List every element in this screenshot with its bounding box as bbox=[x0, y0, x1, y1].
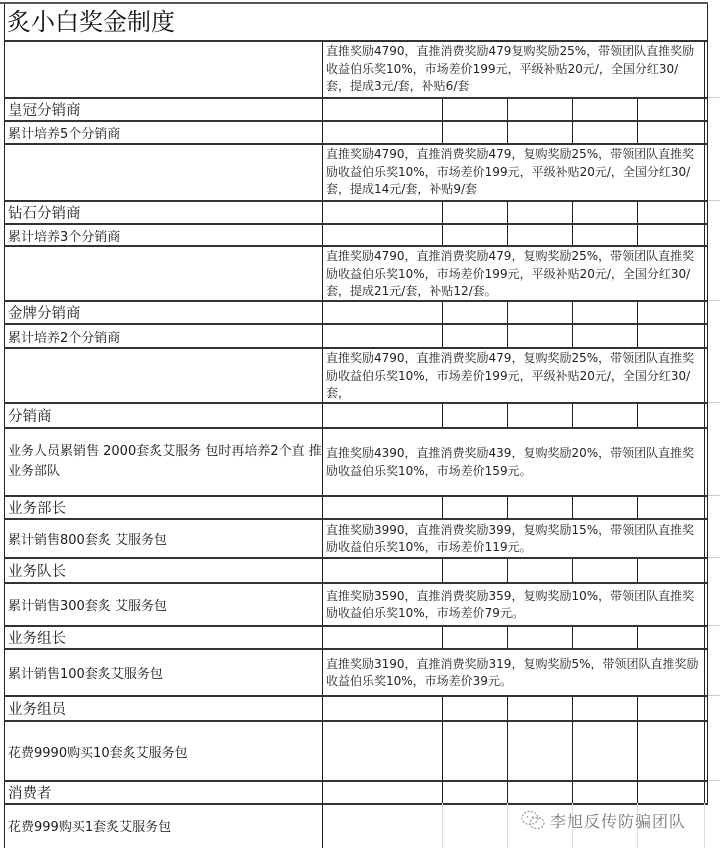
empty-cell[interactable] bbox=[322, 697, 442, 720]
requirement-cell[interactable]: 累计销售300套炙 艾服务包 bbox=[4, 584, 322, 625]
empty-cell[interactable] bbox=[322, 202, 442, 223]
empty-cell[interactable] bbox=[637, 404, 704, 427]
empty-cell[interactable] bbox=[637, 497, 704, 518]
empty-cell[interactable] bbox=[637, 559, 704, 582]
level-name-cell[interactable]: 分销商 bbox=[4, 404, 322, 427]
empty-cell[interactable] bbox=[572, 325, 637, 347]
table-row-level-name: 分销商 bbox=[4, 402, 708, 427]
right-border bbox=[704, 404, 708, 427]
table-row-requirement: 花费9990购买10套炙艾服务包 bbox=[4, 720, 708, 780]
ghost-gridline bbox=[708, 780, 720, 781]
empty-cell[interactable] bbox=[572, 722, 637, 780]
empty-cell[interactable] bbox=[572, 782, 637, 803]
level-name-cell[interactable]: 皇冠分销商 bbox=[4, 99, 322, 120]
empty-cell[interactable] bbox=[442, 782, 507, 803]
empty-cell[interactable] bbox=[637, 627, 704, 648]
table-row-intro: 直推奖励4790，直推消费奖励479复购奖励25%，带领团队直推奖励收益伯乐奖1… bbox=[4, 40, 708, 97]
table-row-requirement: 累计培养2个分销商 bbox=[4, 323, 708, 347]
ghost-gridline bbox=[708, 300, 720, 301]
empty-cell[interactable] bbox=[572, 404, 637, 427]
table-row-level-name: 业务部长 bbox=[4, 495, 708, 518]
empty-cell[interactable] bbox=[4, 349, 322, 402]
right-border bbox=[704, 247, 708, 300]
empty-cell[interactable] bbox=[637, 99, 704, 120]
level-name-cell[interactable]: 金牌分销商 bbox=[4, 302, 322, 323]
table-row-reward: 直推奖励4790，直推消费奖励479，复购奖励25%，带领团队直推奖励收益伯乐奖… bbox=[4, 347, 708, 402]
empty-cell[interactable] bbox=[507, 325, 572, 347]
empty-cell[interactable] bbox=[442, 559, 507, 582]
right-border bbox=[704, 559, 708, 582]
empty-cell[interactable] bbox=[572, 99, 637, 120]
table-row-requirement-reward: 累计销售300套炙 艾服务包 直推奖励3590，直推消费奖励359，复购奖励10… bbox=[4, 582, 708, 625]
table-row-level-name: 业务组员 bbox=[4, 695, 708, 720]
ghost-gridline bbox=[708, 97, 720, 98]
right-border bbox=[704, 225, 708, 245]
table-row-requirement: 累计培养5个分销商 bbox=[4, 120, 708, 143]
empty-cell[interactable] bbox=[572, 202, 637, 223]
empty-cell[interactable] bbox=[322, 99, 442, 120]
table-row-requirement-reward: 累计销售800套炙 艾服务包 直推奖励3990，直推消费奖励399，复购奖励15… bbox=[4, 518, 708, 557]
requirement-cell[interactable]: 累计培养5个分销商 bbox=[4, 122, 322, 143]
empty-cell[interactable] bbox=[322, 627, 442, 648]
empty-cell[interactable] bbox=[442, 202, 507, 223]
right-border bbox=[704, 325, 708, 347]
empty-cell[interactable] bbox=[322, 404, 442, 427]
requirement-cell[interactable]: 累计培养2个分销商 bbox=[4, 325, 322, 347]
right-border bbox=[704, 99, 708, 120]
empty-cell[interactable] bbox=[507, 497, 572, 518]
table-row-level-name: 业务队长 bbox=[4, 557, 708, 582]
empty-cell[interactable] bbox=[322, 559, 442, 582]
table-row-level-name: 业务组长 bbox=[4, 625, 708, 648]
reward-cell[interactable]: 直推奖励4390，直推消费奖励439，复购奖励20%，带领团队直推奖励收益伯乐奖… bbox=[322, 429, 704, 495]
empty-cell[interactable] bbox=[637, 697, 704, 720]
reward-cell[interactable]: 直推奖励4790，直推消费奖励479，复购奖励25%，带领团队直推奖励收益伯乐奖… bbox=[322, 247, 704, 300]
level-name-cell[interactable]: 业务组长 bbox=[4, 627, 322, 648]
table-row-level-name: 消费者 bbox=[4, 780, 708, 803]
level-name-cell[interactable]: 业务组员 bbox=[4, 697, 322, 720]
empty-cell[interactable] bbox=[507, 122, 572, 143]
right-border bbox=[704, 42, 708, 97]
empty-cell[interactable] bbox=[637, 302, 704, 323]
empty-cell[interactable] bbox=[507, 404, 572, 427]
empty-cell[interactable] bbox=[637, 122, 704, 143]
empty-cell[interactable] bbox=[322, 225, 442, 245]
empty-cell[interactable] bbox=[322, 722, 442, 780]
watermark-text: 李旭反传防骗团队 bbox=[550, 809, 686, 832]
sheet-title[interactable]: 炙小白奖金制度 bbox=[4, 4, 708, 40]
table-row-level-name: 金牌分销商 bbox=[4, 300, 708, 323]
right-border bbox=[704, 302, 708, 323]
table-row-level-name: 皇冠分销商 bbox=[4, 97, 708, 120]
empty-cell[interactable] bbox=[322, 325, 442, 347]
watermark: 李旭反传防骗团队 bbox=[520, 803, 686, 837]
empty-cell[interactable] bbox=[637, 202, 704, 223]
faint-gridline bbox=[507, 803, 508, 848]
requirement-cell[interactable]: 花费9990购买10套炙艾服务包 bbox=[4, 722, 322, 780]
table-row-reward: 直推奖励4790，直推消费奖励479，复购奖励25%，带领团队直推奖励收益伯乐奖… bbox=[4, 245, 708, 300]
right-border bbox=[704, 627, 708, 648]
empty-cell[interactable] bbox=[442, 627, 507, 648]
empty-cell[interactable] bbox=[442, 497, 507, 518]
empty-cell[interactable] bbox=[637, 325, 704, 347]
empty-cell[interactable] bbox=[507, 202, 572, 223]
empty-cell[interactable] bbox=[322, 497, 442, 518]
requirement-cell[interactable]: 花费999购买1套炙艾服务包 bbox=[4, 803, 322, 848]
requirement-cell[interactable]: 累计培养3个分销商 bbox=[4, 225, 322, 245]
empty-cell[interactable] bbox=[442, 404, 507, 427]
empty-cell[interactable] bbox=[572, 559, 637, 582]
empty-cell[interactable] bbox=[507, 697, 572, 720]
ghost-gridline bbox=[708, 625, 720, 626]
empty-cell[interactable] bbox=[572, 225, 637, 245]
empty-cell[interactable] bbox=[442, 325, 507, 347]
empty-cell[interactable] bbox=[322, 803, 442, 848]
right-border bbox=[704, 145, 708, 200]
spreadsheet: 炙小白奖金制度 直推奖励4790，直推消费奖励479复购奖励25%，带领团队直推… bbox=[0, 0, 720, 848]
empty-cell[interactable] bbox=[637, 722, 704, 780]
empty-cell[interactable] bbox=[572, 627, 637, 648]
empty-cell[interactable] bbox=[507, 225, 572, 245]
empty-cell[interactable] bbox=[572, 697, 637, 720]
ghost-gridline bbox=[708, 557, 720, 558]
right-border bbox=[704, 697, 708, 720]
table-row-requirement-reward: 业务人员累销售 2000套炙艾服务 包时再培养2个直 推业务部队 直推奖励439… bbox=[4, 427, 708, 495]
requirement-cell[interactable]: 业务人员累销售 2000套炙艾服务 包时再培养2个直 推业务部队 bbox=[4, 429, 322, 495]
reward-cell[interactable]: 直推奖励3190，直推消费奖励319，复购奖励5%，带领团队直推奖励收益伯乐奖1… bbox=[322, 650, 704, 695]
ghost-gridline bbox=[708, 495, 720, 496]
empty-cell[interactable] bbox=[507, 559, 572, 582]
requirement-cell[interactable]: 累计销售800套炙 艾服务包 bbox=[4, 520, 322, 557]
right-border bbox=[704, 122, 708, 143]
table-row-requirement-reward: 累计销售100套炙艾服务包 直推奖励3190，直推消费奖励319，复购奖励5%，… bbox=[4, 648, 708, 695]
reward-cell[interactable]: 直推奖励4790，直推消费奖励479复购奖励25%，带领团队直推奖励收益伯乐奖1… bbox=[322, 42, 704, 97]
level-name-cell[interactable]: 业务队长 bbox=[4, 559, 322, 582]
faint-gridline bbox=[704, 803, 705, 848]
empty-cell[interactable] bbox=[507, 627, 572, 648]
faint-gridline bbox=[442, 803, 443, 848]
empty-cell[interactable] bbox=[442, 697, 507, 720]
ghost-gridline bbox=[708, 200, 720, 201]
empty-cell[interactable] bbox=[507, 722, 572, 780]
empty-cell[interactable] bbox=[4, 145, 322, 200]
empty-cell[interactable] bbox=[442, 225, 507, 245]
right-border bbox=[704, 520, 708, 557]
empty-cell[interactable] bbox=[322, 122, 442, 143]
right-border bbox=[704, 497, 708, 518]
empty-cell[interactable] bbox=[507, 782, 572, 803]
empty-cell[interactable] bbox=[637, 782, 704, 803]
right-border bbox=[704, 349, 708, 402]
level-name-cell[interactable]: 业务部长 bbox=[4, 497, 322, 518]
empty-cell[interactable] bbox=[507, 99, 572, 120]
right-border bbox=[704, 429, 708, 495]
table-row-reward: 直推奖励4790，直推消费奖励479，复购奖励25%，带领团队直推奖励收益伯乐奖… bbox=[4, 143, 708, 200]
right-border bbox=[704, 782, 708, 803]
empty-cell[interactable] bbox=[637, 225, 704, 245]
ghost-gridline bbox=[708, 695, 720, 696]
empty-cell[interactable] bbox=[322, 302, 442, 323]
empty-cell[interactable] bbox=[442, 99, 507, 120]
empty-cell[interactable] bbox=[442, 122, 507, 143]
empty-cell[interactable] bbox=[507, 302, 572, 323]
empty-cell[interactable] bbox=[4, 42, 322, 97]
right-border bbox=[704, 584, 708, 625]
empty-cell[interactable] bbox=[4, 247, 322, 300]
table-row-level-name: 钻石分销商 bbox=[4, 200, 708, 223]
reward-cell[interactable]: 直推奖励4790，直推消费奖励479，复购奖励25%，带领团队直推奖励收益伯乐奖… bbox=[322, 145, 704, 200]
reward-cell[interactable]: 直推奖励3990，直推消费奖励399，复购奖励15%，带领团队直推奖励收益伯乐奖… bbox=[322, 520, 704, 557]
empty-cell[interactable] bbox=[322, 782, 442, 803]
right-border bbox=[704, 722, 708, 780]
reward-cell[interactable]: 直推奖励4790，直推消费奖励479，复购奖励25%，带领团队直推奖励收益伯乐奖… bbox=[322, 349, 704, 402]
table-row-requirement: 累计培养3个分销商 bbox=[4, 223, 708, 245]
empty-cell[interactable] bbox=[442, 302, 507, 323]
ghost-gridline bbox=[708, 402, 720, 403]
reward-cell[interactable]: 直推奖励3590，直推消费奖励359，复购奖励10%，带领团队直推奖励收益伯乐奖… bbox=[322, 584, 704, 625]
right-border bbox=[704, 650, 708, 695]
empty-cell[interactable] bbox=[572, 302, 637, 323]
level-name-cell[interactable]: 消费者 bbox=[4, 782, 322, 803]
level-name-cell[interactable]: 钻石分销商 bbox=[4, 202, 322, 223]
empty-cell[interactable] bbox=[572, 497, 637, 518]
right-border bbox=[704, 202, 708, 223]
empty-cell[interactable] bbox=[572, 122, 637, 143]
wechat-icon bbox=[520, 809, 546, 831]
empty-cell[interactable] bbox=[442, 722, 507, 780]
requirement-cell[interactable]: 累计销售100套炙艾服务包 bbox=[4, 650, 322, 695]
